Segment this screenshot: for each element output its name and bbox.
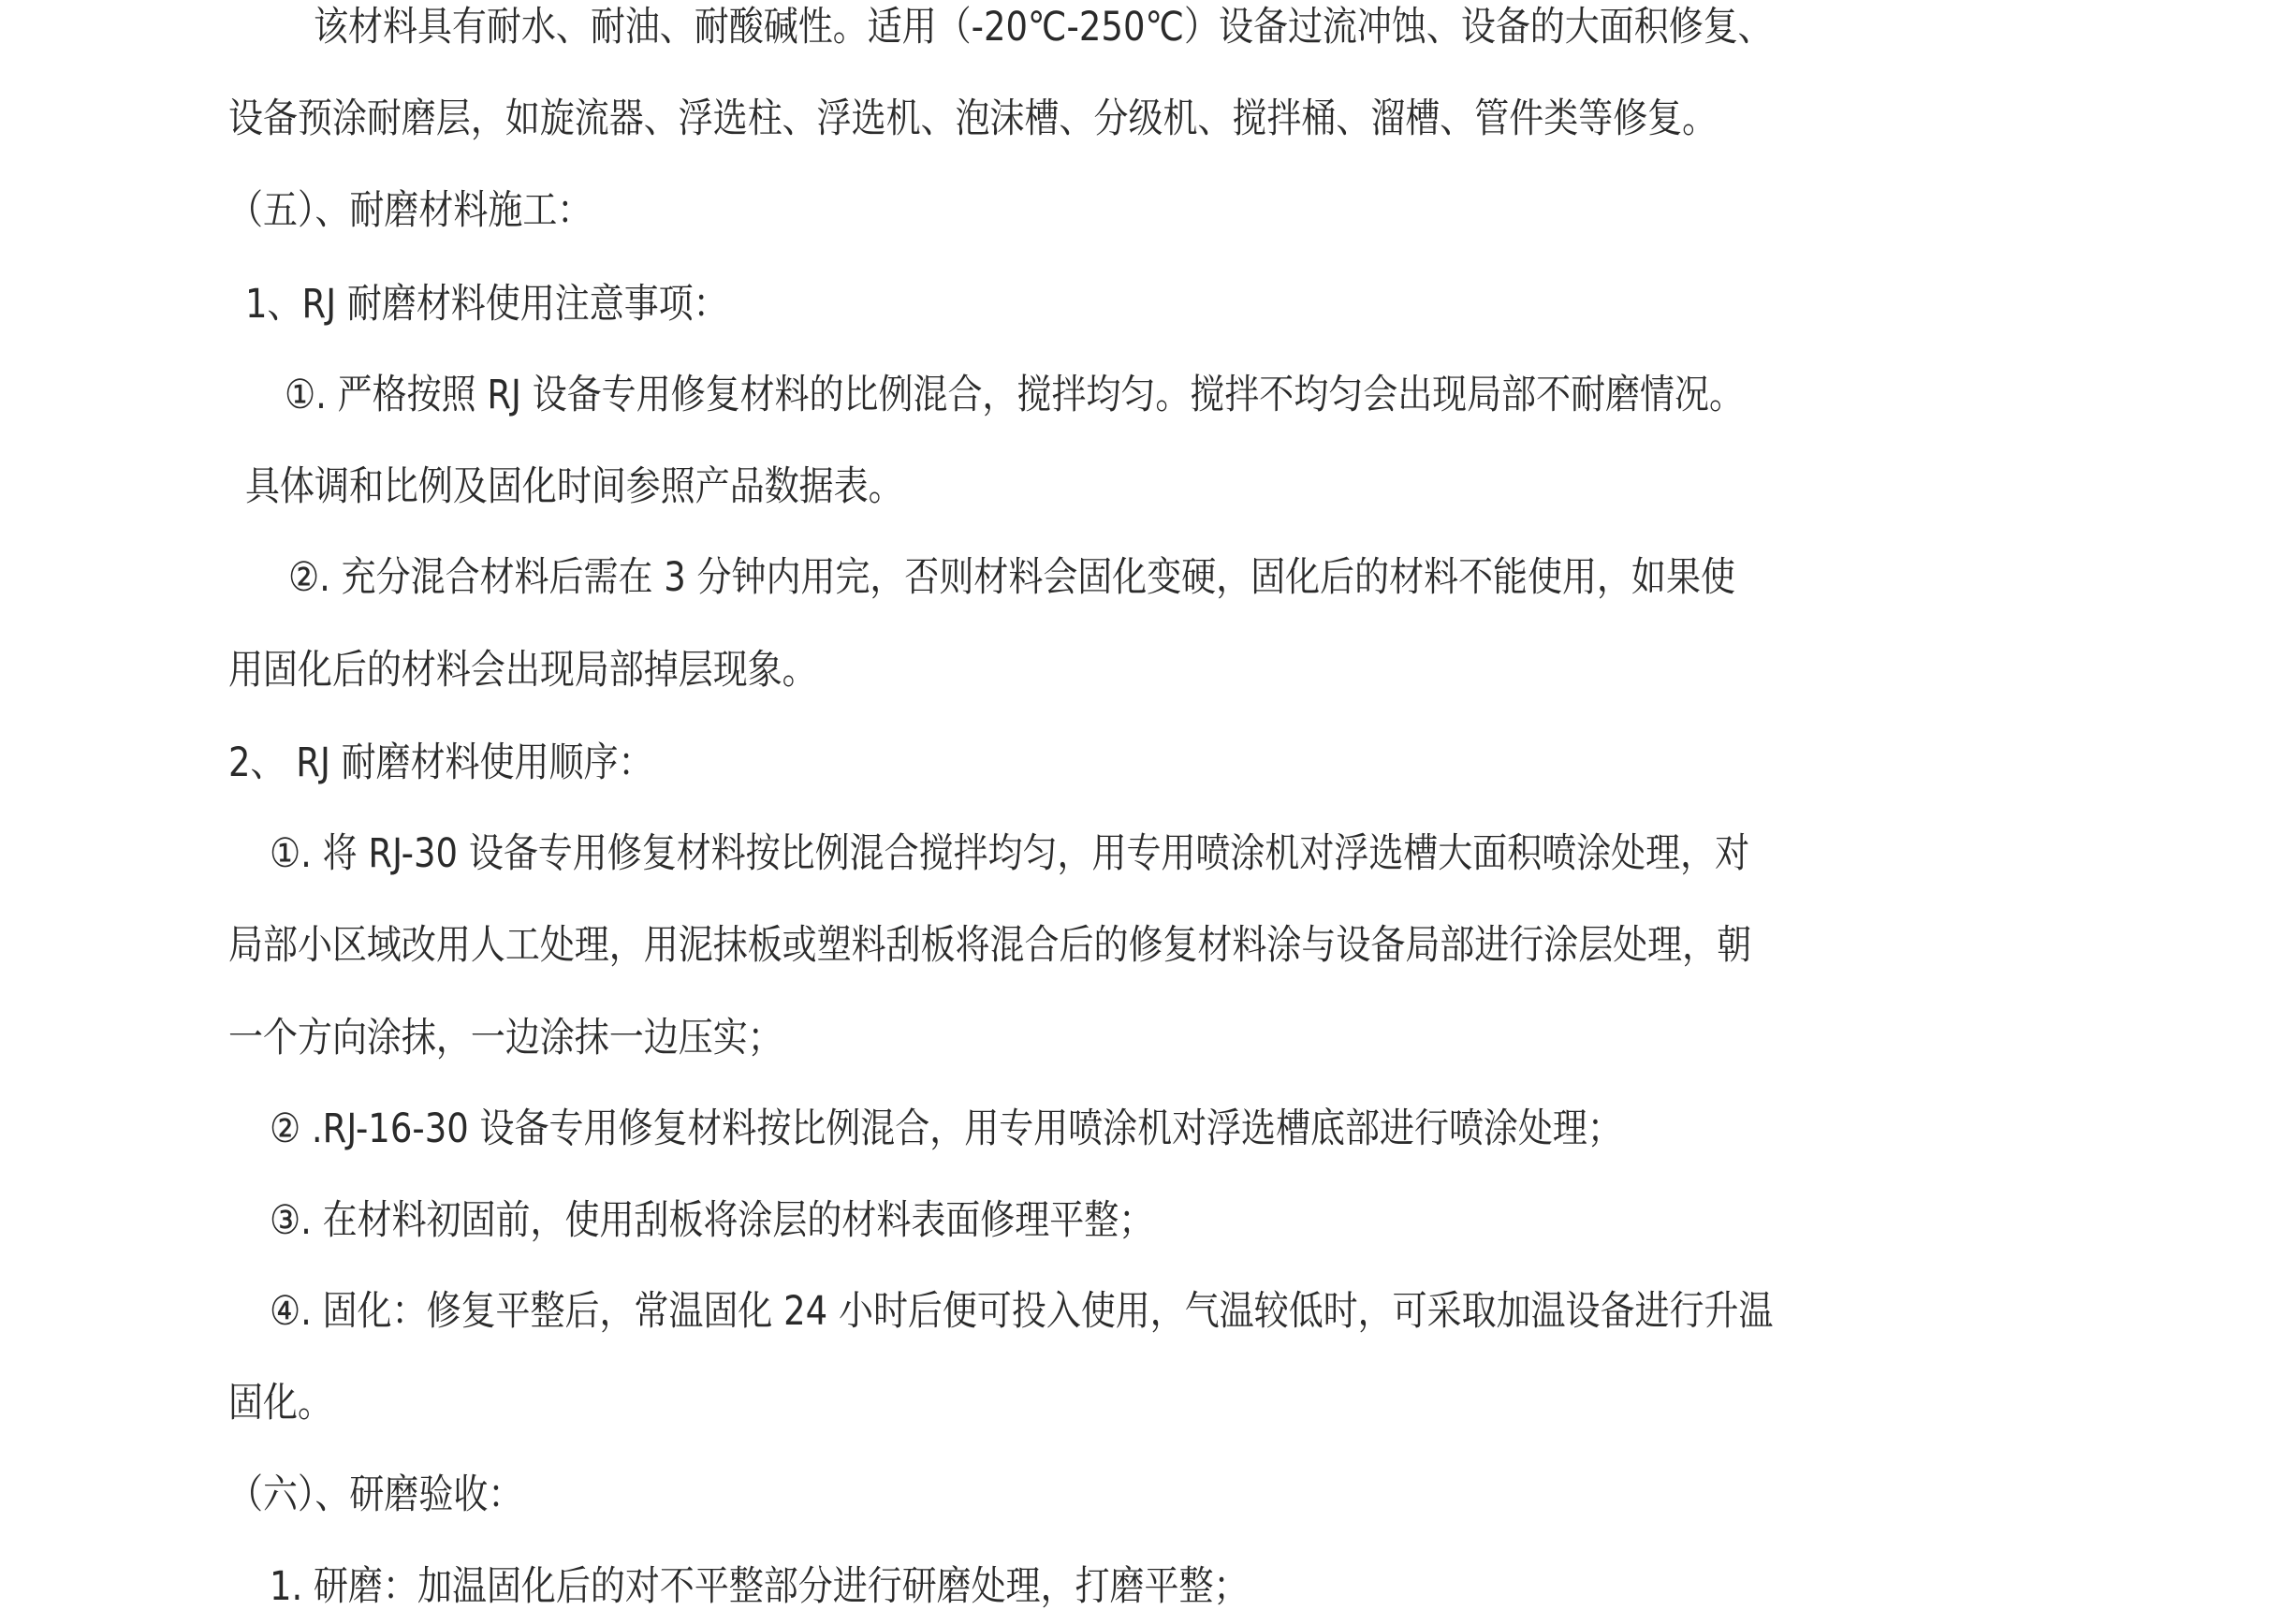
subheading-precautions: 1、RJ 耐磨材料使用注意事项： — [245, 278, 728, 330]
precaution-item-1-line-1: ①. 严格按照 RJ 设备专用修复材料的比例混合，搅拌均匀。搅拌不均匀会出现局部… — [285, 369, 1744, 421]
section-heading-5: （五）、耐磨材料施工： — [228, 184, 592, 237]
order-item-4-line-1: ④. 固化：修复平整后，常温固化 24 小时后便可投入使用，气温较低时，可采取加… — [270, 1285, 1773, 1338]
order-item-2: ② .RJ-16-30 设备专用修复材料按比例混合，用专用喷涂机对浮选槽底部进行… — [270, 1103, 1622, 1155]
order-item-1-line-1: ①. 将 RJ-30 设备专用修复材料按比例混合搅拌均匀，用专用喷涂机对浮选槽大… — [270, 827, 1749, 880]
order-item-1-line-2: 局部小区域改用人工处理，用泥抹板或塑料刮板将混合后的修复材料涂与设备局部进行涂层… — [228, 919, 1751, 972]
acceptance-item-1: 1. 研磨：加温固化后的对不平整部分进行研磨处理，打磨平整； — [270, 1560, 1249, 1610]
order-item-4-line-2: 固化。 — [228, 1377, 332, 1429]
precaution-item-1-line-2: 具体调和比例及固化时间参照产品数据表。 — [245, 461, 903, 513]
document-page: 该材料具有耐水、耐油、耐酸碱性。适用（-20℃-250℃）设备过流冲蚀、设备的大… — [0, 0, 2296, 1610]
paragraph-material-properties-line-2: 设备预涂耐磨层，如旋流器、浮选柱、浮选机、泡沫槽、分级机、搅拌桶、溜槽、管件类等… — [228, 93, 1717, 145]
section-heading-6: （六）、研磨验收： — [228, 1469, 522, 1521]
order-item-3: ③. 在材料初固前，使用刮板将涂层的材料表面修理平整； — [270, 1194, 1153, 1247]
precaution-item-2-line-2: 用固化后的材料会出现局部掉层现象。 — [228, 644, 817, 696]
paragraph-material-properties-line-1: 该材料具有耐水、耐油、耐酸碱性。适用（-20℃-250℃）设备过流冲蚀、设备的大… — [314, 1, 1773, 53]
order-item-1-line-3: 一个方向涂抹，一边涂抹一边压实； — [228, 1012, 782, 1064]
subheading-usage-order: 2、 RJ 耐磨材料使用顺序： — [228, 737, 652, 789]
precaution-item-2-line-1: ②. 充分混合材料后需在 3 分钟内用完，否则材料会固化变硬，固化后的材料不能使… — [288, 551, 1735, 604]
